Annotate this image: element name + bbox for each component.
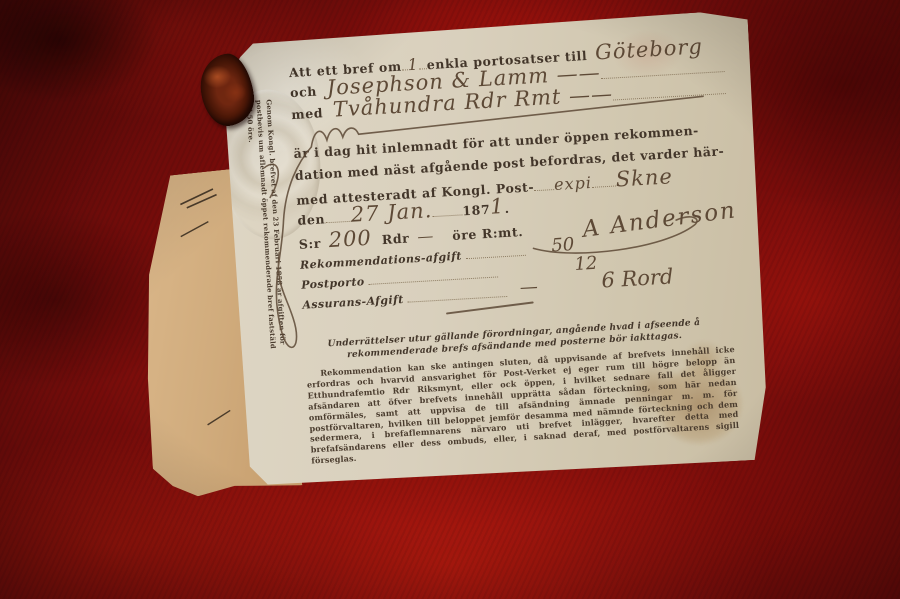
printed-year: 187 [462,202,491,219]
handwritten-year-digit: 1 [490,201,505,212]
dotted-leader [325,209,352,223]
dotted-leader [534,177,555,191]
notice-body: Rekommendation kan ske antingen sluten, … [306,344,746,466]
printed-text: Rdr [381,230,409,247]
printed-period: . [504,201,510,216]
fee-label: Postporto [301,275,365,292]
photo-of-postal-receipt: Genom Kongl. brefvet af den 23 Februari … [0,0,900,599]
printed-text: S:r [298,236,321,252]
handwritten-annotation: 6 Rord [601,264,674,292]
printed-text: med [291,105,324,122]
fee-label: Assurans-Afgift [302,293,404,312]
dotted-leader [591,174,616,188]
printed-text: och [290,84,318,101]
handwritten-expi: expi [554,173,593,194]
handwritten-date: 27 Jan. [351,205,433,220]
dotted-leader [465,243,526,259]
fee-value: 50 [551,234,575,256]
fee-value: 12 [574,253,598,275]
postal-receipt-document: Genom Kongl. brefvet af den 23 Februari … [221,10,773,490]
handwritten-dash: — [417,226,435,246]
printed-text: öre R:mt. [452,224,524,243]
printed-text: den [297,211,325,228]
handwritten-destination: Göteborg [595,41,703,57]
dotted-leader [432,202,463,217]
form-content: Att ett bref om 1 enkla portosatser till… [221,10,773,490]
handwritten-office: Skne [615,171,673,184]
handwritten-sum: 200 [328,233,372,245]
fee-value: — [519,276,538,298]
